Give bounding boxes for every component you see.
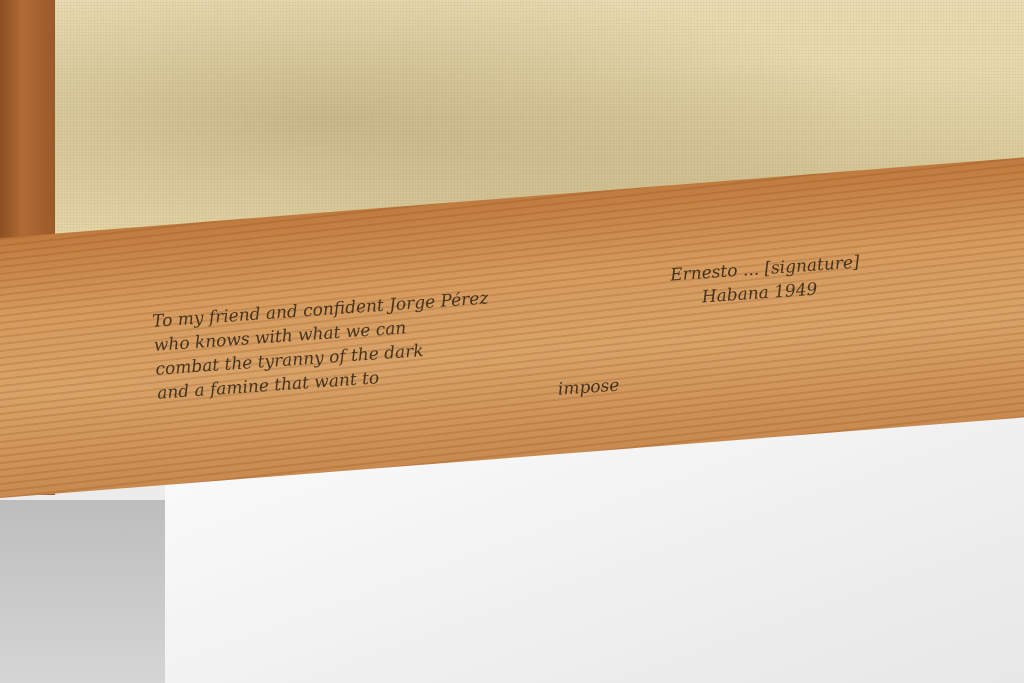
inscription-signature: Ernesto ... [signature] Habana 1949 [669, 244, 952, 311]
inscription-dedication: To my friend and confident Jorge Pérez w… [151, 276, 638, 429]
left-plinth [0, 500, 165, 683]
